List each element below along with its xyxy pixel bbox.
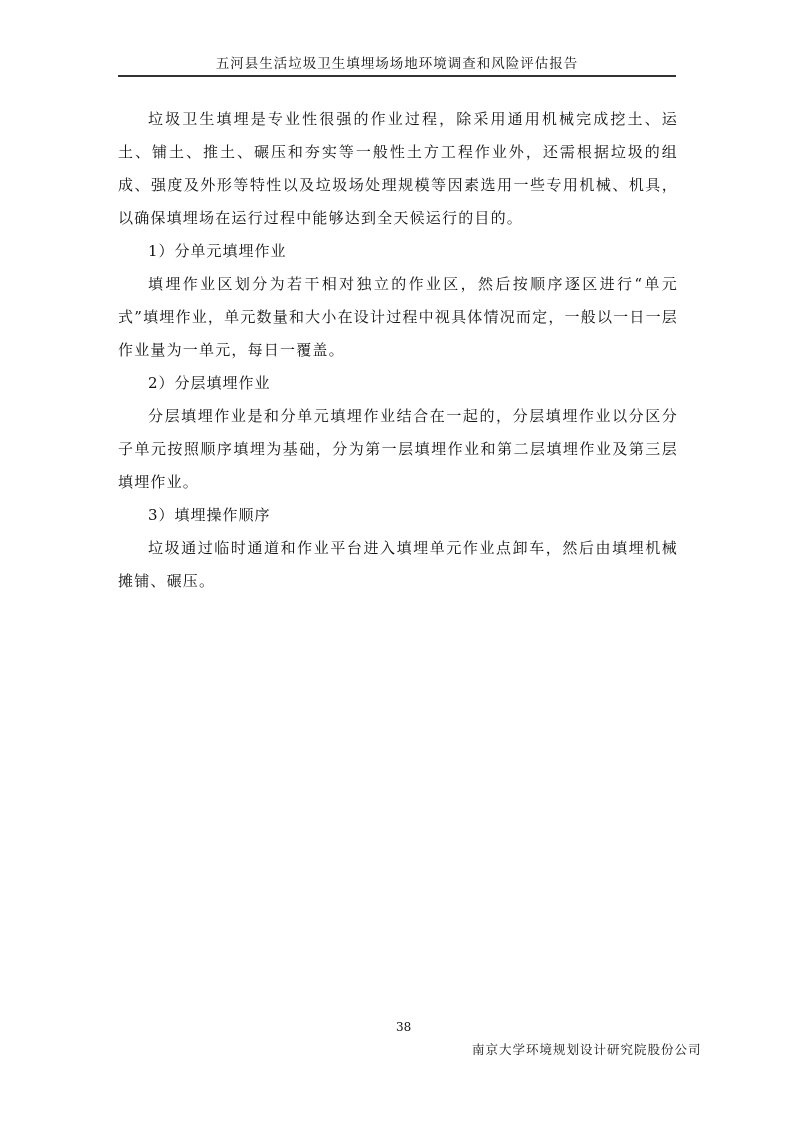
running-header: 五河县生活垃圾卫生填埋场场地环境调查和风险评估报告 [118,52,676,72]
paragraph-intro: 垃圾卫生填埋是专业性很强的作业过程，除采用通用机械完成挖土、运土、铺土、推土、碾… [118,103,678,235]
page-number: 38 [396,1020,411,1034]
section-heading-1: 1）分单元填埋作业 [118,235,678,268]
paragraph-unit-filling: 填埋作业区划分为若干相对独立的作业区，然后按顺序逐区进行“单元式”填埋作业，单元… [118,268,678,367]
document-body: 垃圾卫生填埋是专业性很强的作业过程，除采用通用机械完成挖土、运土、铺土、推土、碾… [118,103,678,598]
section-heading-3: 3）填埋操作顺序 [118,499,678,532]
footer-company: 南京大学环境规划设计研究院股份公司 [472,1040,702,1058]
paragraph-operation-sequence: 垃圾通过临时通道和作业平台进入填埋单元作业点卸车，然后由填埋机械摊铺、碾压。 [118,532,678,598]
header-rule [118,75,676,77]
paragraph-layer-filling: 分层填埋作业是和分单元填埋作业结合在一起的，分层填埋作业以分区分子单元按照顺序填… [118,400,678,499]
section-heading-2: 2）分层填埋作业 [118,367,678,400]
